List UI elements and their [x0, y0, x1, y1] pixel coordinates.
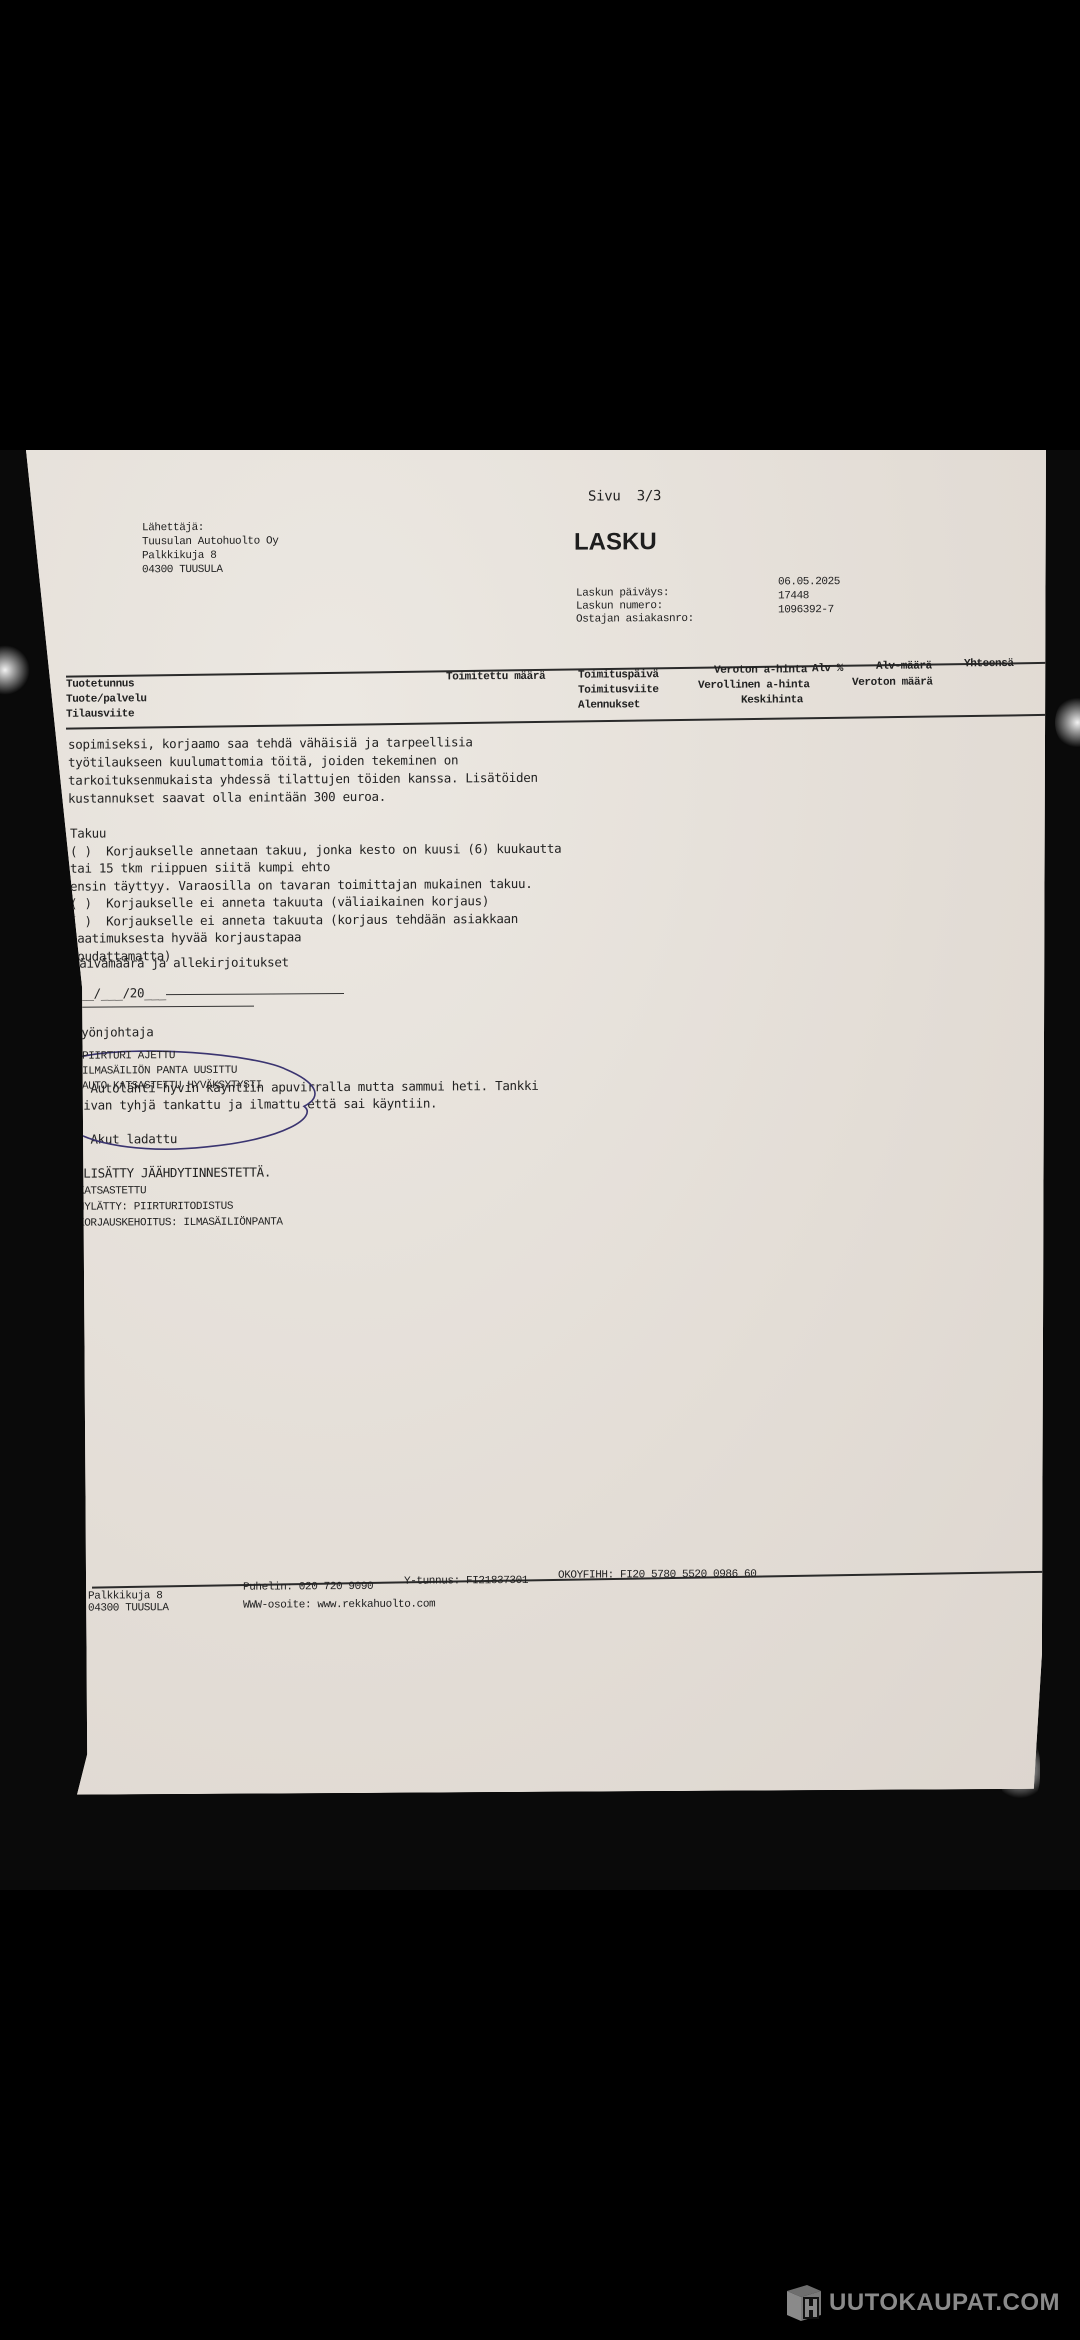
date-field: ___/___/20___	[72, 984, 166, 1002]
header-cell: Alv %	[812, 662, 843, 676]
meta-label: Ostajan asiakasnro:	[576, 612, 694, 627]
warranty-line: vaatimuksesta hyvää korjaustapaa	[70, 928, 301, 946]
invoice-paper: Sivu 3/3 LASKU Lähettäjä: Tuusulan Autoh…	[26, 450, 1046, 1795]
header-cell: Yhteensä	[964, 657, 1014, 671]
terms-line: kustannukset saavat olla enintään 300 eu…	[68, 788, 386, 807]
warranty-line: ( ) Korjaukselle ei anneta takuuta (väli…	[70, 892, 489, 912]
divider	[66, 714, 1046, 729]
header-cell: Tilausviite	[66, 707, 134, 721]
sender-company: Tuusulan Autohuolto Oy	[142, 534, 278, 549]
watermark-brand: UUTOKAUPAT.COM	[829, 2289, 1060, 2317]
warranty-line: ( ) Korjaukselle ei anneta takuuta (korj…	[70, 909, 518, 929]
inspection-line: KATSASTETTU	[78, 1184, 146, 1198]
sender-label: Lähettäjä:	[142, 521, 204, 535]
footer-phone: Puhelin: 020 720 9090	[243, 1580, 373, 1595]
light-glare	[0, 645, 30, 695]
role-label: Työnjohtaja	[74, 1023, 153, 1040]
footer-city: 04300 TUUSULA	[88, 1601, 169, 1615]
meta-value: 1096392-7	[778, 603, 834, 617]
circled-line: ILMASÄILIÖN PANTA UUSITTU	[82, 1064, 237, 1079]
signature-line	[166, 993, 344, 995]
meta-value: 17448	[778, 589, 809, 603]
header-cell: Veroton a-hinta	[714, 663, 807, 678]
warranty-line: ensin täyttyy. Varaosilla on tavaran toi…	[70, 874, 532, 894]
terms-line: sopimiseksi, korjaamo saa tehdä vähäisiä…	[68, 733, 473, 752]
note-line: -LISÄTTY JÄÄHDYTINNESTETTÄ.	[76, 1164, 271, 1182]
inspection-line: KORJAUSKEHOITUS: ILMASÄILIÖNPANTA	[78, 1215, 283, 1230]
footer-business-id: Y-tunnus: FI21837301	[404, 1574, 528, 1589]
header-cell: Alennukset	[578, 698, 640, 712]
warranty-line: Takuu	[70, 825, 106, 842]
invoice-title: LASKU	[574, 528, 657, 557]
header-cell: Alv-määrä	[876, 659, 932, 673]
header-cell: Toimitusviite	[578, 683, 659, 697]
terms-line: työtilaukseen kuulumattomia töitä, joide…	[68, 751, 458, 770]
sender-street: Palkkikuja 8	[142, 549, 216, 563]
header-cell: Verollinen a-hinta	[698, 678, 810, 693]
meta-value: 06.05.2025	[778, 575, 840, 589]
footer-website: WWW-osoite: www.rekkahuolto.com	[243, 1598, 435, 1613]
sender-city: 04300 TUUSULA	[142, 563, 223, 577]
signature-line	[74, 1006, 254, 1008]
warranty-line: ( ) Korjaukselle annetaan takuu, jonka k…	[70, 839, 561, 859]
circled-line: PIIRTURI AJETTU	[82, 1049, 175, 1064]
h-cube-icon	[785, 2283, 823, 2323]
invoice-photo: Sivu 3/3 LASKU Lähettäjä: Tuusulan Autoh…	[0, 450, 1080, 1890]
header-cell: Keskihinta	[741, 693, 803, 707]
light-glare	[1055, 695, 1080, 750]
header-cell: Tuotetunnus	[66, 677, 134, 691]
terms-line: tarkoituksenmukaista yhdessä tilattujen …	[68, 769, 538, 789]
inspection-line: HYLÄTTY: PIIRTURITODISTUS	[78, 1200, 233, 1215]
header-cell: Tuote/palvelu	[66, 692, 147, 706]
signature-heading: Päivämäärä ja allekirjoitukset	[72, 953, 289, 971]
page-indicator: Sivu 3/3	[588, 488, 661, 505]
header-cell: Veroton määrä	[852, 675, 933, 689]
circled-line: AUTO KATSASTETTU HYVÄKSYTYSTI	[82, 1079, 262, 1094]
footer-bank: OKOYFIHH: FI20 5780 5520 0986 60	[558, 1568, 756, 1583]
warranty-line: tai 15 tkm riippuen siitä kumpi ehto	[70, 858, 330, 877]
watermark-logo: UUTOKAUPAT.COM	[785, 2282, 1060, 2324]
header-cell: Toimituspäivä	[578, 668, 659, 682]
header-cell: Toimitettu määrä	[446, 670, 545, 685]
